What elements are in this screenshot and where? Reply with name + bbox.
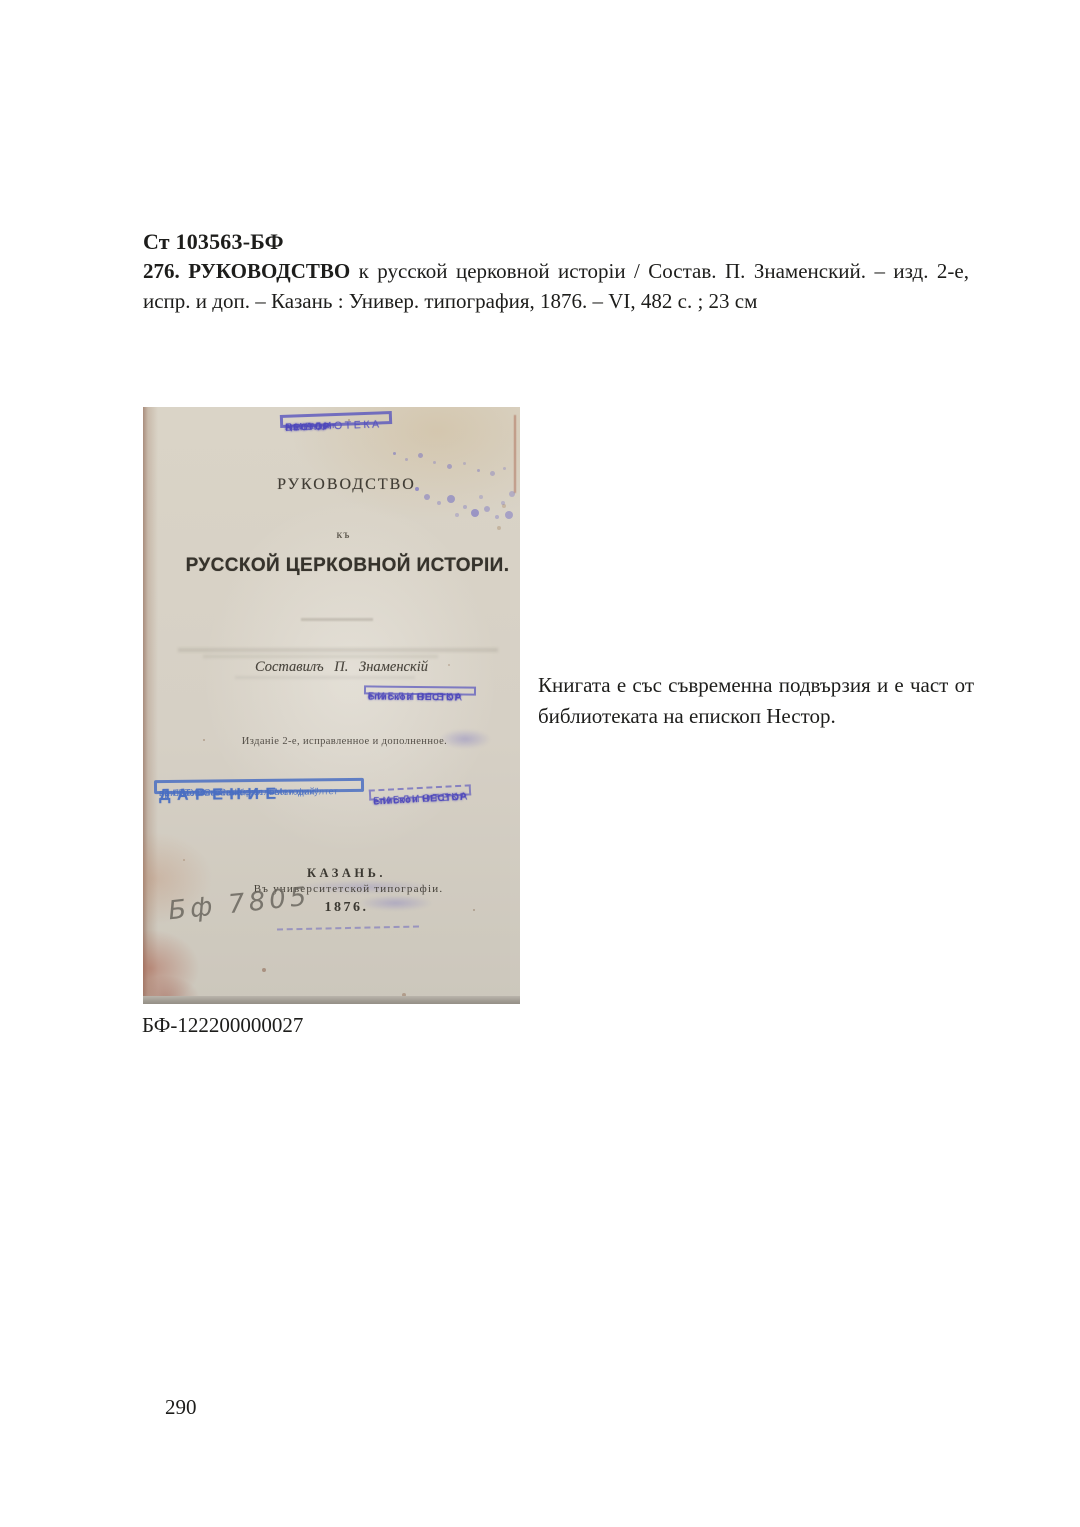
ghost-ink-dash (301, 618, 373, 621)
library-stamp-bishop-nestor-bottom: БИБЛИОТЕКА н а епископ НЕСТОР (369, 784, 471, 800)
bibliographic-entry: 276. РУКОВОДСТВО к русской церковной ист… (143, 256, 969, 316)
stamp-owner-name: НЕСТОР (285, 421, 330, 434)
provenance-note: Книгата е със съвременна подвързия и е ч… (538, 670, 974, 732)
ink-residue-dots (393, 452, 396, 455)
ghost-ink-line (178, 648, 498, 652)
donation-stamp: ДАРЕНИЕ за библиотеката на Православния … (154, 778, 364, 794)
book-title-main: РУССКОЙ ЦЕРКОВНОЙ ИСТОРІИ. (159, 555, 520, 577)
stamp-line: при ВТУ "Св.Св.Кирил и Методий" (159, 786, 319, 799)
stamp-owner-name: епископ НЕСТОР (368, 691, 462, 703)
entry-number-and-title: 276. РУКОВОДСТВО (143, 259, 350, 283)
book-title-preposition: КЪ (155, 531, 520, 540)
library-stamp-bishop-nestor-mid: БИБЛИОТЕКА н а епископ НЕСТОР (364, 685, 476, 695)
page-number: 290 (165, 1395, 197, 1420)
ghost-ink-line (235, 676, 415, 679)
book-title-page-photo: БИБЛИОТЕКА · · н а Архимандрит НЕСТОР РУ… (143, 407, 520, 1004)
imprint-city: КАЗАНЬ. (158, 866, 520, 881)
book-author-line: Составилъ П. Знаменскій (153, 659, 520, 676)
library-stamp-archimandrite-nestor: БИБЛИОТЕКА · · н а Архимандрит НЕСТОР (280, 411, 392, 428)
catalog-code: Ст 103563-БФ (143, 229, 284, 255)
inventory-number: БФ-122200000027 (142, 1013, 303, 1038)
book-edition-line: Изданіе 2-е, исправленное и дополненное. (156, 736, 520, 747)
ghost-ink-line (203, 655, 438, 658)
book-title-line1: РУКОВОДСТВО (158, 476, 520, 494)
book-bottom-edge (143, 996, 520, 1004)
ink-dashed-underline (277, 926, 419, 931)
